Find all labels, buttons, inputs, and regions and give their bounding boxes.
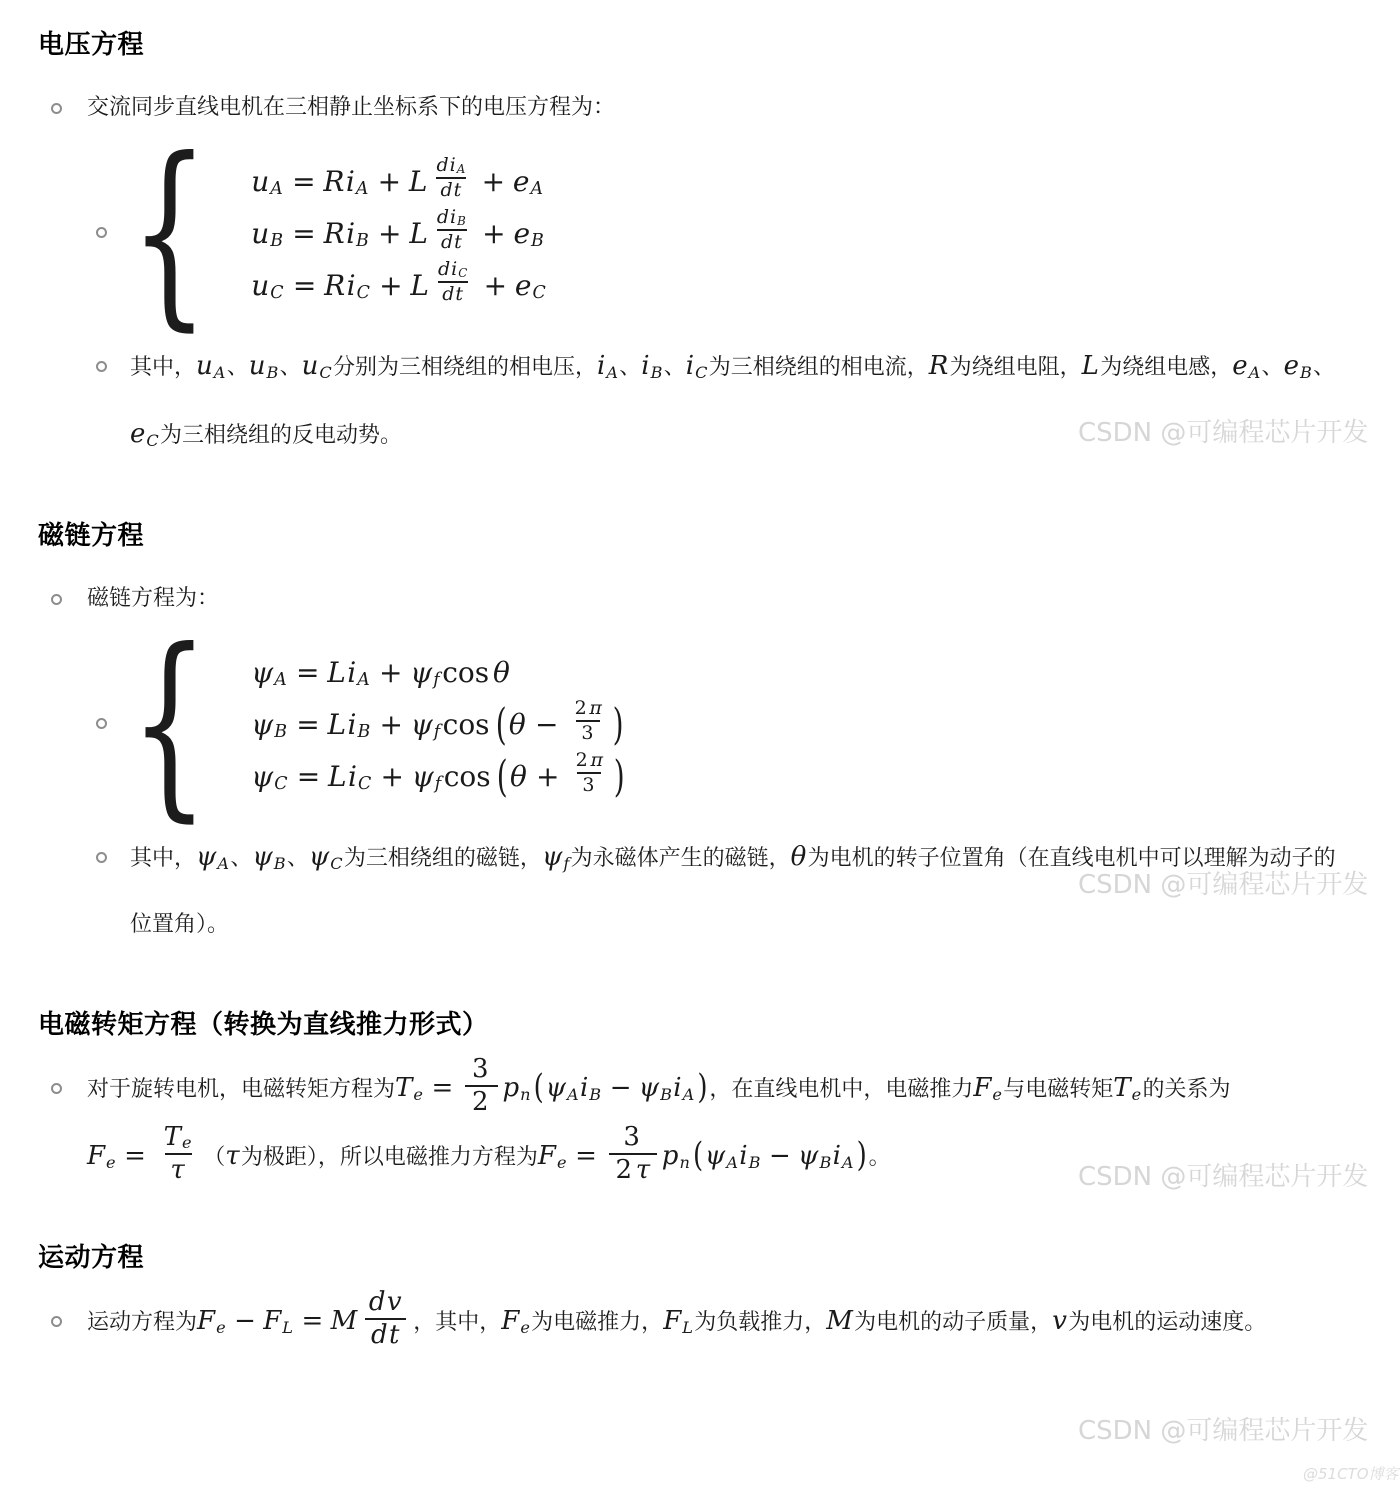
math-variable: L: [328, 760, 347, 793]
math-variable: Fe: [87, 1141, 116, 1171]
inline-math: Fe−FL=Mdvdt: [197, 1306, 413, 1336]
inline-math: uA: [196, 351, 227, 381]
list-item: 磁链方程为：: [38, 566, 1345, 632]
inline-math: ψC: [309, 842, 344, 872]
math-operator: =: [575, 1141, 597, 1171]
inline-math: Te=32pn(ψAiB−ψBiA): [395, 1073, 709, 1103]
math-operator: =: [292, 217, 315, 250]
text-run: 为极距），所以电磁推力方程为: [241, 1145, 538, 1170]
text-run: 、: [1313, 355, 1335, 380]
math-variable: Te: [1113, 1073, 1141, 1103]
text-run: 为三相绕组的反电动势。: [160, 423, 402, 448]
math-variable: iA: [597, 351, 618, 381]
math-variable: ψC: [251, 760, 287, 793]
math-variable: θ: [493, 656, 510, 689]
text-run: 为绕组电阻，: [950, 355, 1082, 380]
math-operator: =: [302, 1306, 324, 1336]
math-variable: M: [331, 1306, 358, 1336]
equation-rows: uA=RiA+LdiAdt+eAuB=RiB+LdiBdt+eBuC=RiC+L…: [251, 155, 547, 311]
math-variable: iA: [346, 165, 369, 198]
math-variable: iB: [641, 351, 662, 381]
51cto-watermark: @51CTO博客: [1303, 1463, 1399, 1484]
csdn-watermark-2: CSDN @可编程芯片开发: [1078, 864, 1368, 901]
math-variable: d: [438, 259, 450, 280]
math-operator: =: [296, 708, 319, 741]
equation-rows: ψA=LiA+ψfcosθψB=LiB+ψfcos(θ−2π3)ψC=LiC+ψ…: [251, 646, 627, 802]
math-operator: +: [484, 269, 507, 302]
math-variable: uB: [249, 351, 279, 381]
math-variable: ψf: [410, 656, 439, 689]
fraction: diBdt: [433, 206, 471, 255]
circle-bullet-icon: [96, 852, 107, 863]
math-variable: d: [440, 180, 452, 201]
text-run: 、: [287, 846, 309, 871]
math-variable: R: [929, 351, 949, 381]
paragraph-text: 磁链方程为：: [87, 566, 1345, 632]
math-variable: uA: [251, 165, 283, 198]
math-operator: +: [379, 269, 402, 302]
fraction: 32τ: [609, 1122, 657, 1186]
math-variable: v: [1052, 1306, 1067, 1336]
math-operator: +: [536, 760, 559, 793]
math-variable: L: [410, 269, 429, 302]
inline-math: Fe: [501, 1306, 531, 1336]
math-variable: iC: [348, 760, 371, 793]
math-variable: iB: [580, 1073, 601, 1103]
math-operator: =: [297, 760, 320, 793]
inline-math: iC: [686, 351, 709, 381]
math-operator: =: [293, 269, 316, 302]
math-big-paren-icon: ): [614, 750, 625, 801]
math-operator: =: [124, 1141, 146, 1171]
math-variable: ψB: [798, 1141, 831, 1171]
text-run: 、: [227, 355, 249, 380]
math-variable: t: [389, 1321, 399, 1350]
math-variable: ψA: [196, 842, 229, 872]
math-paren: ): [857, 1114, 867, 1198]
circle-bullet-icon: [96, 718, 107, 729]
math-variable: eC: [515, 269, 546, 302]
math-roman: 3: [581, 723, 593, 744]
math-variable: uC: [251, 269, 283, 302]
text-run: 对于旋转电机，电磁转矩方程为: [87, 1077, 395, 1102]
paragraph-text: 交流同步直线电机在三相静止坐标系下的电压方程为：: [87, 75, 1345, 141]
math-variable: Fe: [973, 1073, 1002, 1103]
math-variable: iA: [673, 1073, 694, 1103]
math-variable: ψf: [411, 708, 440, 741]
math-roman: 2: [616, 1156, 633, 1185]
math-variable: iA: [450, 155, 466, 176]
inline-math: uB: [249, 351, 280, 381]
fraction: diCdt: [434, 258, 473, 307]
math-variable: iB: [346, 217, 369, 250]
math-variable: L: [409, 165, 428, 198]
math-operator: −: [234, 1306, 256, 1336]
math-variable: t: [454, 232, 462, 253]
fraction: dvdt: [363, 1287, 408, 1351]
text-run: 为电机的运动速度。: [1068, 1310, 1266, 1335]
math-variable: ψA: [705, 1141, 738, 1171]
fraction: 32: [465, 1054, 498, 1118]
text-run: ，在直线电机中，电磁推力: [709, 1077, 973, 1102]
math-operator: +: [378, 217, 401, 250]
fraction: diAdt: [432, 154, 470, 203]
math-roman: 3: [623, 1123, 640, 1152]
inline-math: ψB: [252, 842, 287, 872]
document-page: 电压方程交流同步直线电机在三相静止坐标系下的电压方程为：{uA=RiA+LdiA…: [0, 0, 1400, 1496]
inline-math: eA: [1232, 351, 1261, 381]
math-variable: Te: [164, 1123, 192, 1152]
text-run: 与电磁转矩: [1003, 1077, 1113, 1102]
math-operator: +: [379, 656, 402, 689]
math-roman: cos: [444, 760, 491, 793]
math-variable: ψC: [309, 842, 343, 872]
math-operator: +: [482, 217, 505, 250]
math-variable: d: [437, 207, 449, 228]
math-variable: ψf: [412, 760, 441, 793]
math-roman: cos: [442, 656, 489, 689]
math-variable: uA: [196, 351, 225, 381]
math-variable: τ: [170, 1156, 184, 1185]
math-variable: L: [1082, 351, 1099, 381]
math-variable: θ: [791, 842, 807, 872]
math-variable: FL: [663, 1306, 693, 1336]
math-roman: cos: [443, 708, 490, 741]
left-brace-icon: {: [130, 649, 209, 799]
math-variable: Te: [395, 1073, 423, 1103]
inline-math: v: [1052, 1306, 1068, 1336]
math-variable: τ: [225, 1141, 239, 1171]
inline-math: ψA: [196, 842, 230, 872]
math-variable: iC: [451, 259, 467, 280]
text-run: 、: [1262, 355, 1284, 380]
math-variable: d: [371, 1321, 388, 1350]
text-run: 、: [230, 846, 252, 871]
inline-math: iB: [641, 351, 663, 381]
math-variable: R: [324, 217, 345, 250]
math-variable: t: [454, 180, 462, 201]
math-variable: iC: [686, 351, 708, 381]
equation-system-voltage: {uA=RiA+LdiAdt+eAuB=RiB+LdiBdt+eBuC=RiC+…: [38, 155, 1345, 311]
math-paren: (: [693, 1114, 703, 1198]
text-run: 其中，: [130, 846, 196, 871]
math-variable: t: [455, 284, 463, 305]
math-operator: =: [292, 165, 315, 198]
math-operator: −: [535, 708, 558, 741]
fraction: 2π3: [570, 697, 607, 746]
math-operator: +: [381, 760, 404, 793]
math-variable: d: [369, 1288, 386, 1317]
math-variable: Fe: [197, 1306, 226, 1336]
text-run: 。: [869, 1145, 891, 1170]
section-heading-motion: 运动方程: [38, 1237, 1345, 1274]
inline-math: L: [1082, 351, 1101, 381]
math-variable: θ: [509, 708, 526, 741]
text-run: 为电磁推力，: [531, 1310, 663, 1335]
math-variable: pn: [662, 1141, 690, 1171]
math-variable: pn: [503, 1073, 531, 1103]
inline-math: eC: [130, 419, 160, 449]
text-run: 其中，: [130, 355, 196, 380]
section-heading-voltage: 电压方程: [38, 24, 1345, 61]
math-operator: +: [482, 165, 505, 198]
math-roman: 2: [472, 1088, 489, 1117]
inline-math: FL: [663, 1306, 694, 1336]
text-run: （: [203, 1145, 225, 1170]
circle-bullet-icon: [51, 594, 62, 605]
math-operator: +: [378, 165, 401, 198]
math-variable: M: [826, 1306, 853, 1336]
math-variable: τ: [636, 1156, 650, 1185]
section-heading-flux: 磁链方程: [38, 515, 1345, 552]
inline-math: Fe=Teτ: [87, 1141, 203, 1171]
math-variable: iB: [450, 207, 466, 228]
math-variable: iA: [833, 1141, 854, 1171]
csdn-watermark-3: CSDN @可编程芯片开发: [1078, 1156, 1368, 1193]
equation-row: ψB=LiB+ψfcos(θ−2π3): [251, 698, 627, 750]
text-run: 、: [619, 355, 641, 380]
math-variable: eA: [1232, 351, 1260, 381]
math-variable: θ: [510, 760, 527, 793]
math-operator: =: [431, 1073, 453, 1103]
math-operator: −: [610, 1073, 632, 1103]
inline-math: uC: [302, 351, 333, 381]
math-variable: d: [442, 284, 454, 305]
circle-bullet-icon: [51, 103, 62, 114]
math-variable: ψA: [251, 656, 287, 689]
circle-bullet-icon: [51, 1316, 62, 1327]
math-variable: uC: [302, 351, 332, 381]
text-run: ，其中，: [413, 1310, 501, 1335]
inline-math: Te: [1113, 1073, 1142, 1103]
math-variable: π: [589, 698, 602, 719]
math-operator: −: [769, 1141, 791, 1171]
list-item: 运动方程为Fe−FL=Mdvdt，其中，Fe为电磁推力，FL为负载推力，M为电机…: [38, 1288, 1345, 1356]
inline-math: τ: [225, 1141, 241, 1171]
equation-row: uB=RiB+LdiBdt+eB: [251, 207, 547, 259]
math-variable: d: [441, 232, 453, 253]
circle-bullet-icon: [96, 361, 107, 372]
inline-math: iA: [597, 351, 619, 381]
text-run: 分别为三相绕组的相电压，: [333, 355, 597, 380]
math-roman: 3: [582, 775, 594, 796]
math-big-paren-icon: ): [613, 698, 624, 749]
math-roman: 3: [472, 1055, 489, 1084]
csdn-watermark-4: CSDN @可编程芯片开发: [1078, 1410, 1368, 1447]
math-paren: (: [534, 1046, 544, 1130]
inline-math: θ: [791, 842, 808, 872]
math-operator: =: [296, 656, 319, 689]
inline-math: Fe: [973, 1073, 1003, 1103]
text-run: 为永磁体产生的磁链，: [571, 846, 791, 871]
equation-row: uA=RiA+LdiAdt+eA: [251, 155, 547, 207]
left-brace-icon: {: [130, 158, 209, 308]
math-variable: R: [323, 165, 344, 198]
csdn-watermark-1: CSDN @可编程芯片开发: [1078, 412, 1368, 449]
inline-math: R: [929, 351, 950, 381]
fraction: Teτ: [158, 1122, 199, 1186]
circle-bullet-icon: [51, 1083, 62, 1094]
inline-math: Fe=32τpn(ψAiB−ψBiA): [538, 1141, 869, 1171]
math-variable: ψB: [252, 842, 285, 872]
math-operator: +: [379, 708, 402, 741]
math-variable: v: [387, 1288, 402, 1317]
math-variable: eA: [513, 165, 543, 198]
math-variable: ψB: [639, 1073, 672, 1103]
math-variable: iB: [347, 708, 370, 741]
math-variable: Fe: [501, 1306, 530, 1336]
fraction: 2π3: [571, 749, 608, 798]
text-run: 为三相绕组的相电流，: [709, 355, 929, 380]
text-run: 为负载推力，: [694, 1310, 826, 1335]
equation-row: ψA=LiA+ψfcosθ: [251, 646, 627, 698]
math-variable: eC: [130, 419, 159, 449]
math-big-paren-icon: (: [496, 698, 507, 749]
math-variable: L: [328, 708, 347, 741]
paragraph-text: 运动方程为Fe−FL=Mdvdt，其中，Fe为电磁推力，FL为负载推力，M为电机…: [87, 1288, 1345, 1356]
math-variable: d: [436, 155, 448, 176]
inline-math: ψf: [542, 842, 571, 872]
math-variable: eB: [513, 217, 543, 250]
math-variable: L: [327, 656, 346, 689]
math-variable: ψA: [546, 1073, 579, 1103]
equation-system-flux: {ψA=LiA+ψfcosθψB=LiB+ψfcos(θ−2π3)ψC=LiC+…: [38, 646, 1345, 802]
math-variable: iC: [347, 269, 370, 302]
text-run: 为电机的动子质量，: [854, 1310, 1052, 1335]
equation-row: ψC=LiC+ψfcos(θ+2π3): [251, 750, 627, 802]
math-variable: FL: [263, 1306, 293, 1336]
math-variable: uB: [251, 217, 283, 250]
math-variable: eB: [1284, 351, 1312, 381]
text-run: 为三相绕组的磁链，: [344, 846, 542, 871]
math-variable: iB: [739, 1141, 760, 1171]
text-run: 为绕组电感，: [1100, 355, 1232, 380]
math-roman: 2: [575, 698, 587, 719]
section-heading-thrust: 电磁转矩方程（转换为直线推力形式）: [38, 1004, 1345, 1041]
inline-math: eB: [1284, 351, 1314, 381]
math-variable: ψf: [542, 842, 569, 872]
math-roman: 2: [576, 750, 588, 771]
text-run: 运动方程为: [87, 1310, 197, 1335]
text-run: 、: [664, 355, 686, 380]
inline-math: M: [826, 1306, 854, 1336]
math-variable: ψB: [251, 708, 287, 741]
list-item: 交流同步直线电机在三相静止坐标系下的电压方程为：: [38, 75, 1345, 141]
math-variable: iA: [347, 656, 370, 689]
circle-bullet-icon: [96, 227, 107, 238]
math-variable: L: [409, 217, 428, 250]
math-variable: R: [324, 269, 345, 302]
math-variable: Fe: [538, 1141, 567, 1171]
equation-row: uC=RiC+LdiCdt+eC: [251, 259, 547, 311]
text-run: 、: [280, 355, 302, 380]
text-run: 的关系为: [1142, 1077, 1230, 1102]
math-big-paren-icon: (: [497, 750, 508, 801]
math-variable: π: [590, 750, 603, 771]
